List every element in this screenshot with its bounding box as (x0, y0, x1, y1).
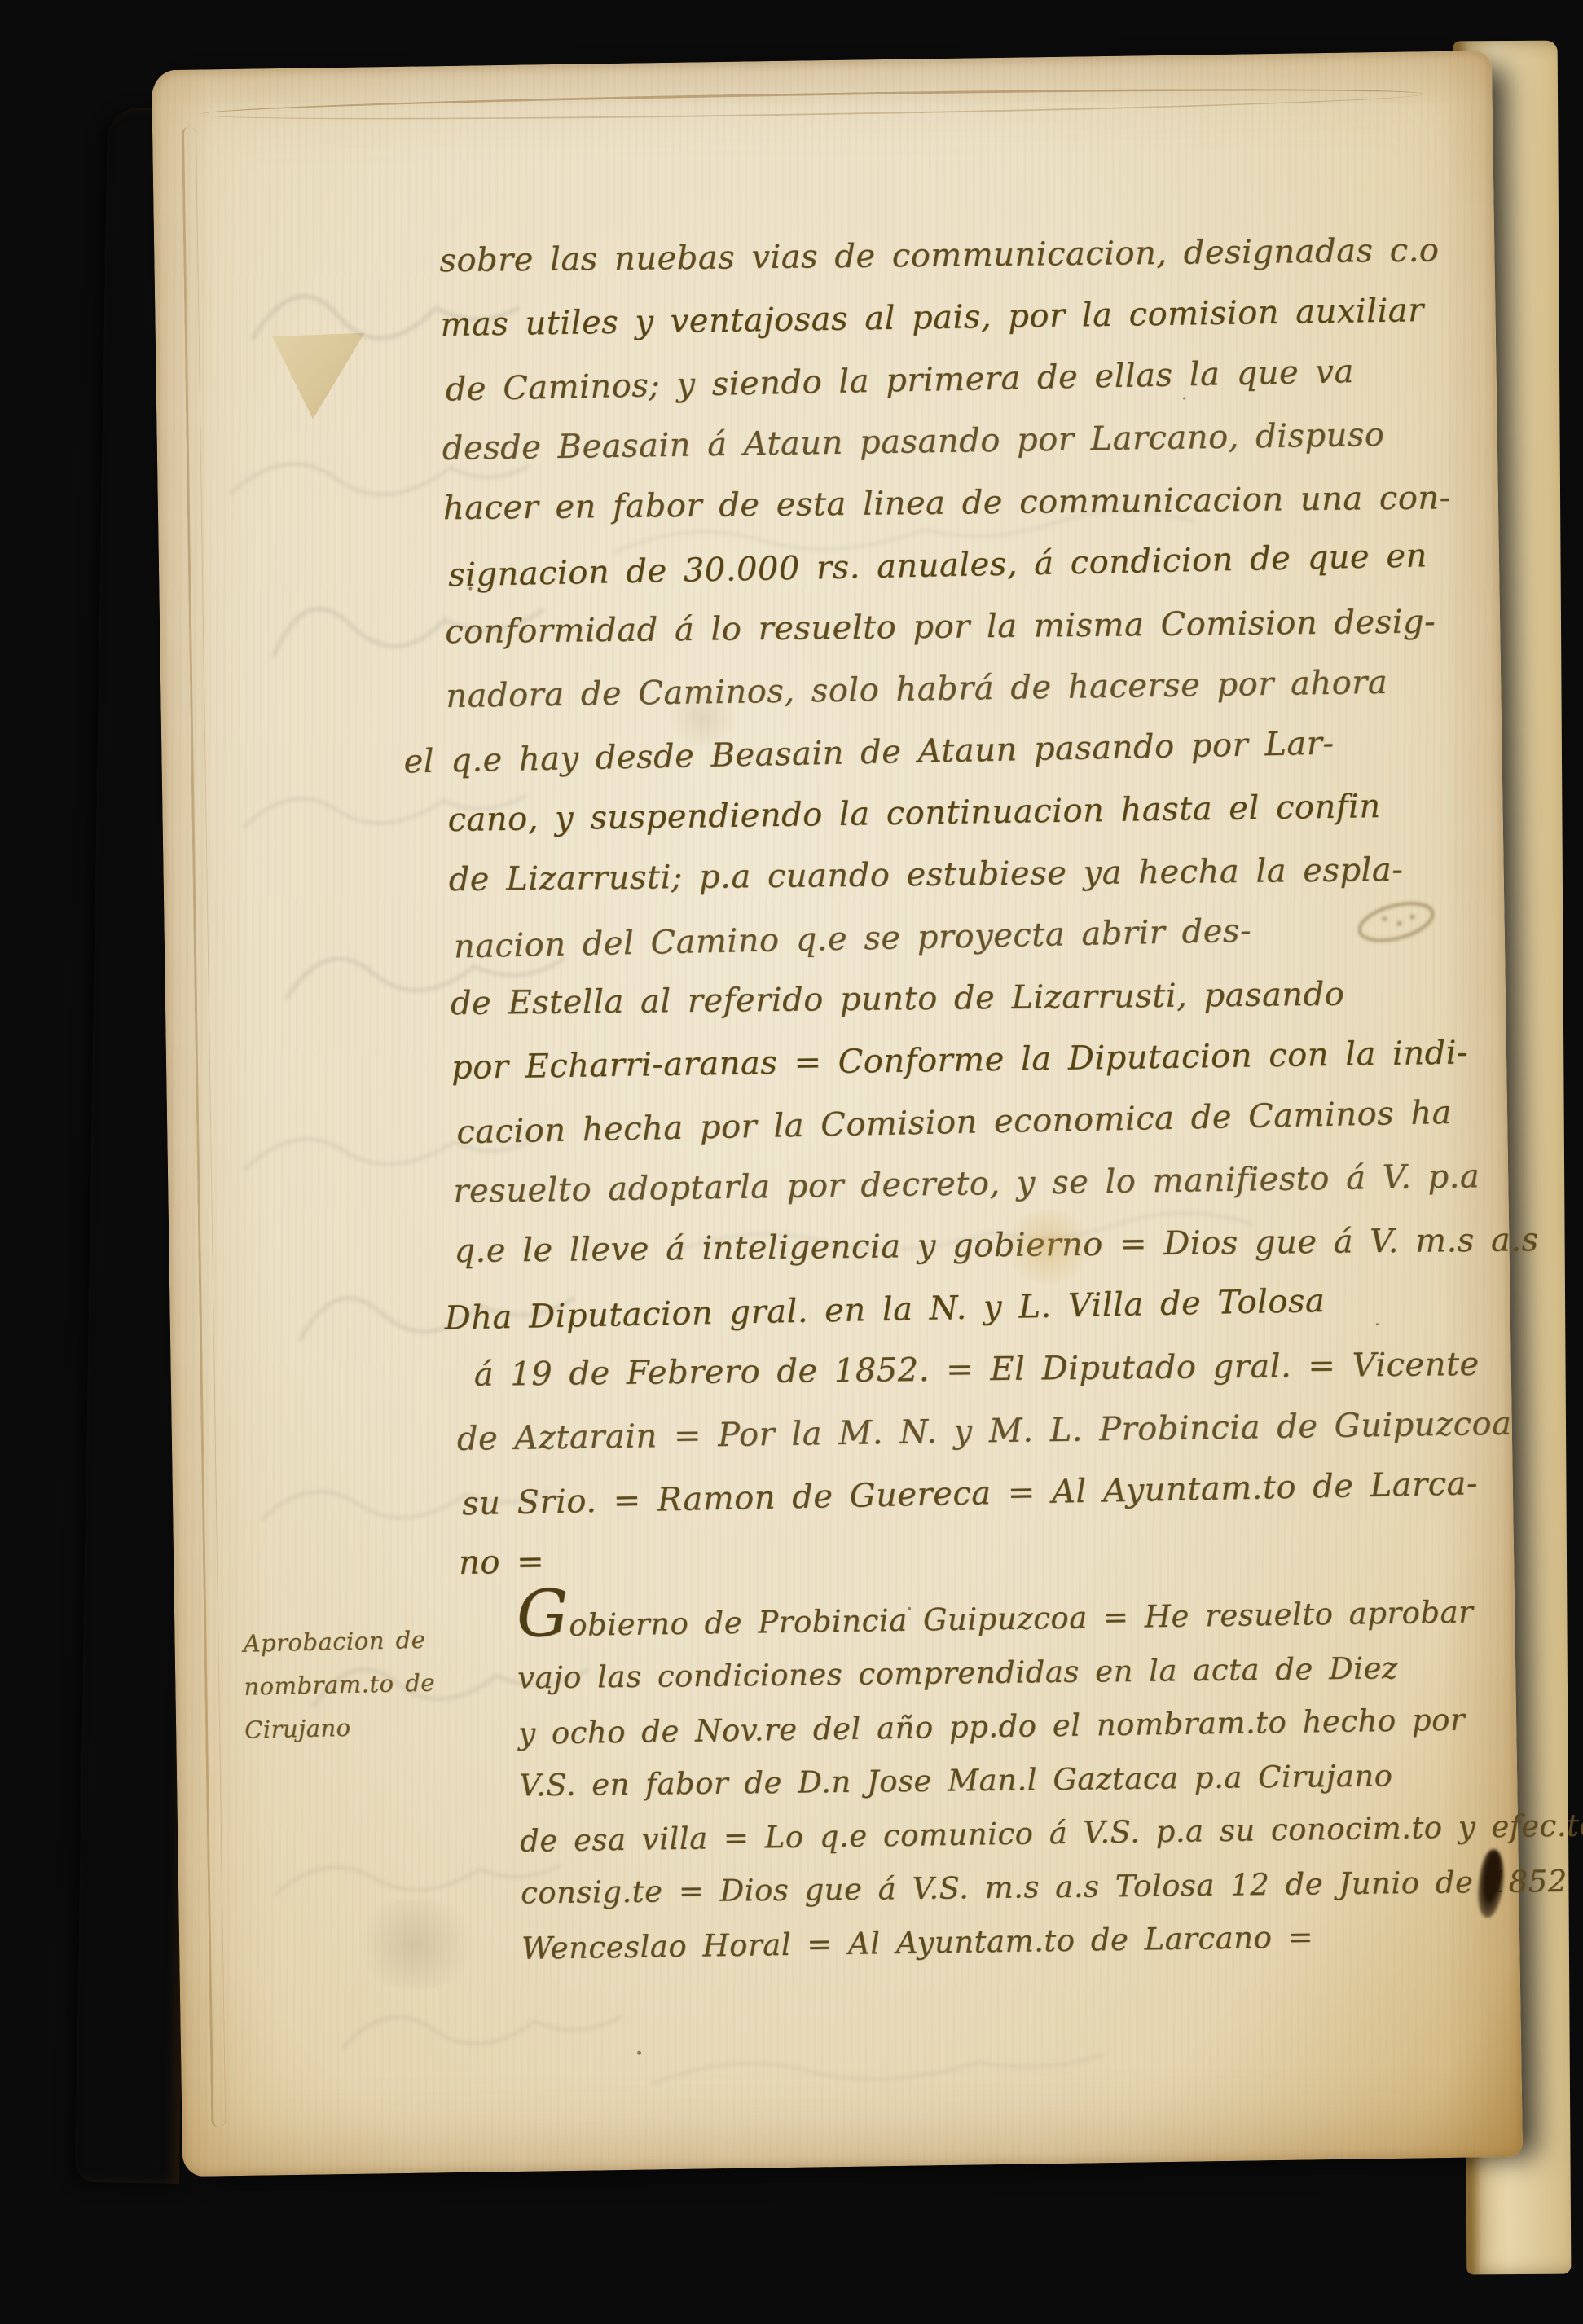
entry-gobierno-provincia: Gobierno de Probincia Guipuzcoa = He res… (517, 1584, 1583, 1976)
entry-diputacion-resolution: sobre las nuebas vias de communicacion, … (439, 216, 1544, 1594)
margin-note-cirujano: Aprobacion de nombram.to de Cirujano (243, 1619, 436, 1751)
paper-speck (637, 2051, 641, 2055)
margin-note-line: Cirujano (244, 1705, 437, 1752)
paper-speck (1183, 398, 1185, 400)
paper-speck (1376, 1323, 1379, 1325)
paper-speck (468, 587, 472, 591)
manuscript-scan: sobre las nuebas vias de communicacion, … (0, 0, 1583, 2324)
margin-note-line: nombram.to de (244, 1662, 436, 1709)
paper-speck (908, 1607, 911, 1610)
margin-note-line: Aprobacion de (243, 1619, 435, 1666)
manuscript-page: sobre las nuebas vias de communicacion, … (152, 51, 1523, 2177)
